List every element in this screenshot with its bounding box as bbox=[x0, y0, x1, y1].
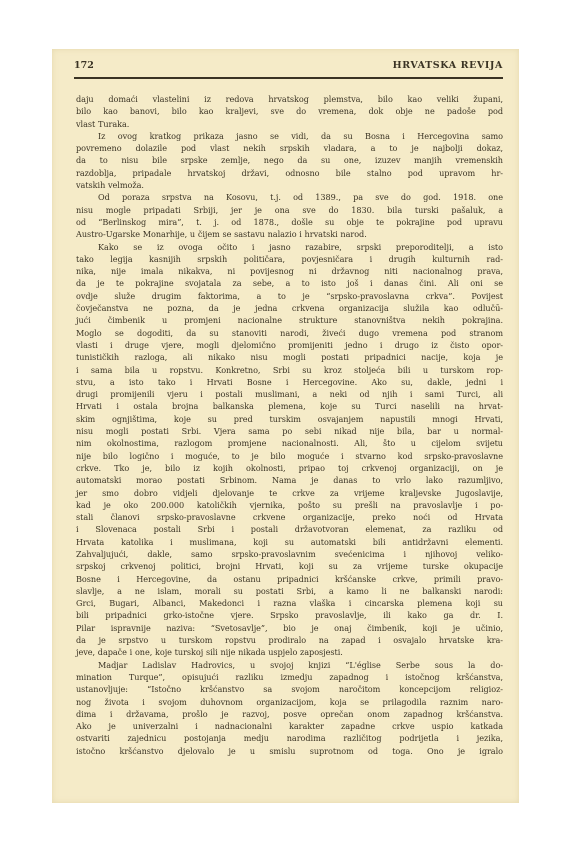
text-line: Pilar ispravnije naziva: “Svetosavlje”, … bbox=[76, 622, 503, 634]
text-line: vlast Turaka. bbox=[76, 118, 503, 130]
text-line: čovječanstva ne pozna, da je jedna crkve… bbox=[76, 302, 503, 314]
paragraph: Madjar Ladislav Hadrovics, u svojoj knji… bbox=[76, 659, 503, 757]
text-line: bilo kao banovi, bilo kao kraljevi, sve … bbox=[76, 105, 503, 117]
text-line: vlasti i druge vjere, mogli djelomično p… bbox=[76, 339, 503, 351]
text-line: Kako se iz ovoga očito i jasno razabire,… bbox=[76, 241, 503, 253]
text-line: dima i državama, prošlo je razvoj, posve… bbox=[76, 708, 503, 720]
text-line: Iz ovog kratkog prikaza jasno se vidi, d… bbox=[76, 130, 503, 142]
text-line: ostvariti zajednicu postojanja medju nar… bbox=[76, 732, 503, 744]
text-line: Ako je univerzalni i nadnacionalni karak… bbox=[76, 720, 503, 732]
text-line: kad je oko 200.000 katoličkih vjernika, … bbox=[76, 499, 503, 511]
text-line: jući čimbenik u promjeni nacionalne stru… bbox=[76, 314, 503, 326]
header-rule bbox=[74, 77, 503, 79]
text-line: razdoblja, pripadale hrvatskoj državi, o… bbox=[76, 167, 503, 179]
text-line: jeve, dapače i one, koje turskoj sili ni… bbox=[76, 646, 503, 658]
text-line: stali članovi srpsko-pravoslavne crkvene… bbox=[76, 511, 503, 523]
paragraph: Od poraza srpstva na Kosovu, t.j. od 138… bbox=[76, 191, 503, 240]
text-line: Zahvaljujući, dakle, samo srpsko-pravosl… bbox=[76, 548, 503, 560]
running-title: HRVATSKA REVIJA bbox=[393, 60, 503, 71]
text-line: stvu, a isto tako i Hrvati Bosne i Herce… bbox=[76, 376, 503, 388]
text-line: skim ognjištima, koje su pred turskim os… bbox=[76, 413, 503, 425]
text-line: nisu mogle pripadati Srbiji, jer je ona … bbox=[76, 204, 503, 216]
text-line: od “Berlinskog mira”, t. j. od 1878., do… bbox=[76, 216, 503, 228]
text-line: Hrvata katolika i muslimana, koji su aut… bbox=[76, 536, 503, 548]
text-line: slavlje, a ne islam, morali su postati S… bbox=[76, 585, 503, 597]
text-line: automatski morao postati Srbinom. Nama j… bbox=[76, 474, 503, 486]
text-line: nika, nije imala nikakva, ni povijesnog … bbox=[76, 265, 503, 277]
text-line: crkve. Tko je, bilo iz kojih okolnosti, … bbox=[76, 462, 503, 474]
text-line: bili pripadnici grko-istočne vjere. Srps… bbox=[76, 609, 503, 621]
page-header: 172 HRVATSKA REVIJA bbox=[74, 60, 503, 74]
text-line: daju domaći vlastelini iz redova hrvatsk… bbox=[76, 93, 503, 105]
text-line: Od poraza srpstva na Kosovu, t.j. od 138… bbox=[76, 191, 503, 203]
text-line: tako legija kasnijih srpskih političara,… bbox=[76, 253, 503, 265]
text-line: srpskoj crkvenoj politici, brojni Hrvati… bbox=[76, 560, 503, 572]
text-line: nog života i svojom duhovnom organizacij… bbox=[76, 696, 503, 708]
body-text: daju domaći vlastelini iz redova hrvatsk… bbox=[76, 93, 503, 757]
text-line: Moglo se dogoditi, da su stanoviti narod… bbox=[76, 327, 503, 339]
text-line: nim okolnostima, razlogom promjene nacio… bbox=[76, 437, 503, 449]
text-line: vatskih velmoža. bbox=[76, 179, 503, 191]
text-line: Hrvati i ostala brojna balkanska plemena… bbox=[76, 400, 503, 412]
paragraph: Iz ovog kratkog prikaza jasno se vidi, d… bbox=[76, 130, 503, 191]
text-line: ustanovljuje: “Istočno kršćanstvo sa svo… bbox=[76, 683, 503, 695]
text-line: istočno kršćanstvo djelovalo je u smislu… bbox=[76, 745, 503, 757]
page-number: 172 bbox=[74, 60, 94, 71]
text-line: nije bilo logično i moguće, to je bilo m… bbox=[76, 450, 503, 462]
paragraph: Kako se iz ovoga očito i jasno razabire,… bbox=[76, 241, 503, 659]
text-line: Austro-Ugarske Monarhije, u čijem se sas… bbox=[76, 228, 503, 240]
paragraph: daju domaći vlastelini iz redova hrvatsk… bbox=[76, 93, 503, 130]
text-line: Grci, Bugari, Albanci, Makedonci i razna… bbox=[76, 597, 503, 609]
text-line: povremeno dolazile pod vlast nekih srpsk… bbox=[76, 142, 503, 154]
text-line: da je srpstvo u turskom ropstvu prodiral… bbox=[76, 634, 503, 646]
text-line: da to nisu bile srpske zemlje, nego da s… bbox=[76, 154, 503, 166]
text-line: Bosne i Hercegovine, da ostanu pripadnic… bbox=[76, 573, 503, 585]
text-line: drugi promijenili vjeru i postali muslim… bbox=[76, 388, 503, 400]
text-line: jer smo dobro vidjeli djelovanje te crkv… bbox=[76, 487, 503, 499]
text-line: i sama bila u ropstvu. Konkretno, Srbi s… bbox=[76, 364, 503, 376]
text-line: ovdje služe drugim faktorima, a to je “s… bbox=[76, 290, 503, 302]
text-line: i Slovenaca postali Srbi i postali držav… bbox=[76, 523, 503, 535]
text-line: da je te pokrajine svojatala za sebe, a … bbox=[76, 277, 503, 289]
text-line: tunističkih razloga, ali nikako nisu mog… bbox=[76, 351, 503, 363]
text-line: Madjar Ladislav Hadrovics, u svojoj knji… bbox=[76, 659, 503, 671]
text-line: nisu mogli postati Srbi. Vjera sama po s… bbox=[76, 425, 503, 437]
document-page: 172 HRVATSKA REVIJA daju domaći vlasteli… bbox=[52, 49, 519, 803]
text-line: mination Turque”, opisujući razliku izme… bbox=[76, 671, 503, 683]
